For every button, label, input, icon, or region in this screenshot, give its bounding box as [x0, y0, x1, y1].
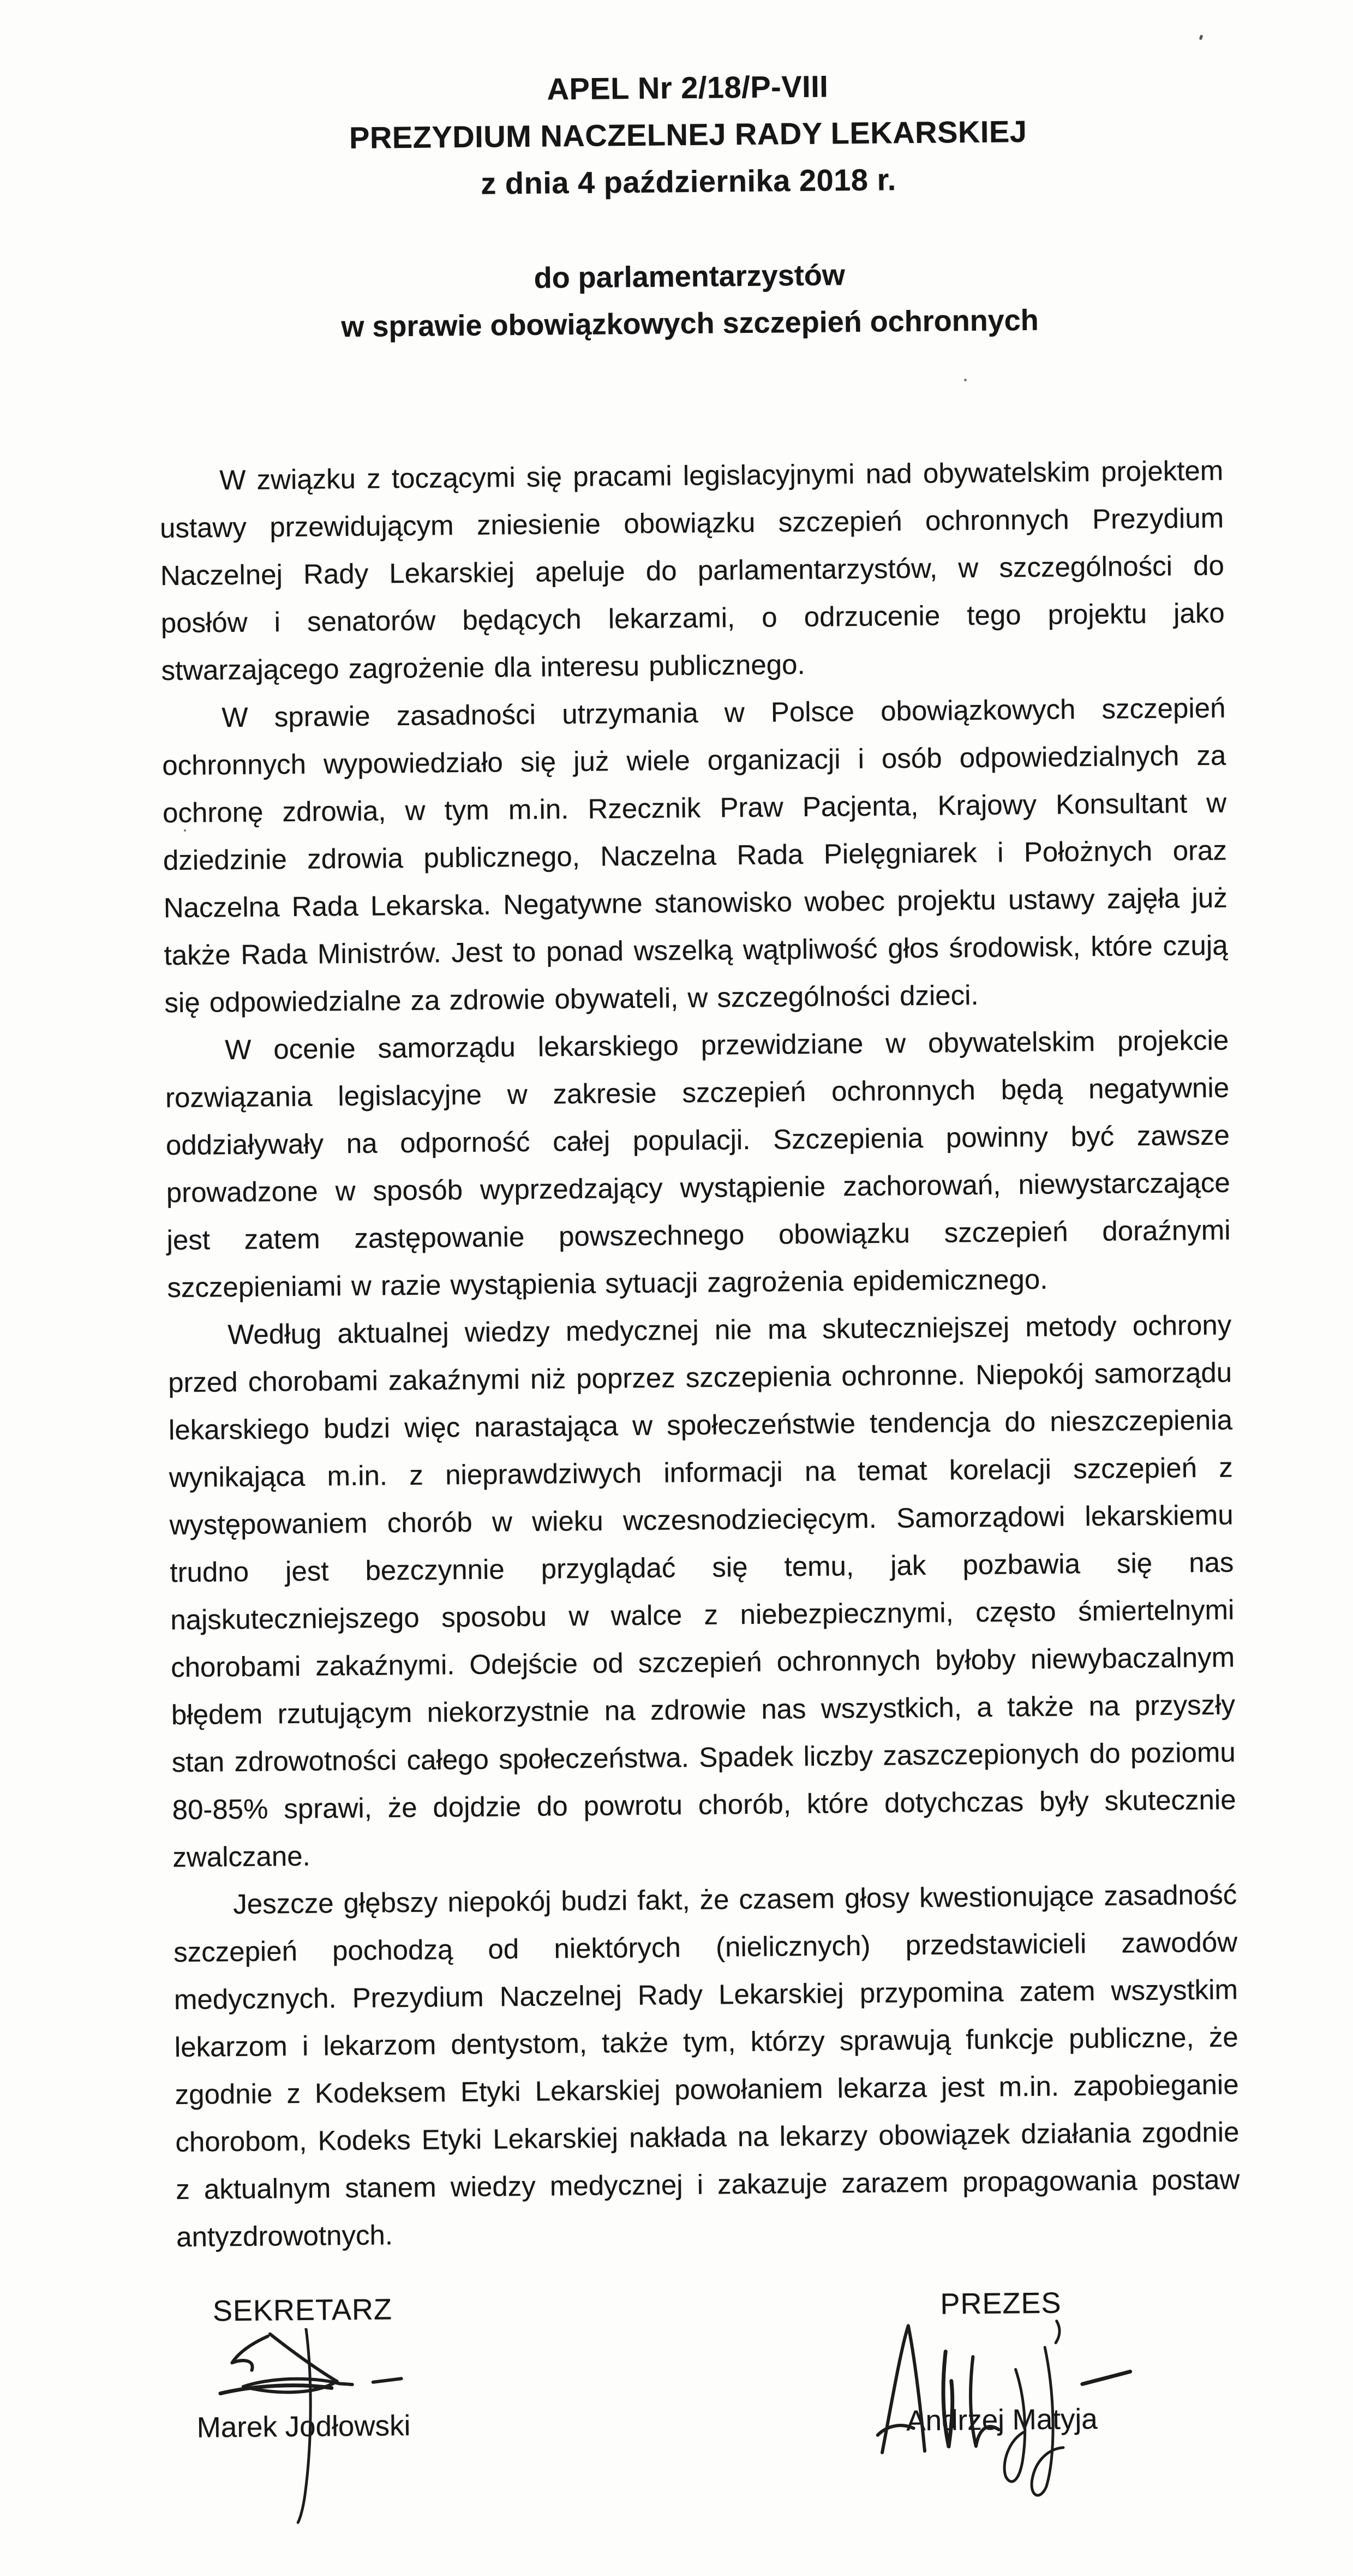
paragraph-5: Jeszcze głębszy niepokój budzi fakt, że … [173, 1870, 1241, 2261]
president-signature-block: PREZES Andrzej Matyja [870, 2285, 1133, 2438]
paragraph-4: Według aktualnej wiedzy medycznej nie ma… [167, 1301, 1237, 1881]
scanned-document-page: APEL Nr 2/18/P-VIII PREZYDIUM NACZELNEJ … [0, 0, 1353, 2576]
secretary-role-label: SEKRETARZ [182, 2292, 423, 2328]
subject-line: w sprawie obowiązkowych szczepień ochron… [158, 295, 1222, 352]
paragraph-2: W sprawie zasadności utrzymania w Polsce… [161, 684, 1229, 1027]
document-header: APEL Nr 2/18/P-VIII PREZYDIUM NACZELNEJ … [155, 59, 1220, 211]
document-date: z dnia 4 października 2018 r. [157, 153, 1221, 211]
document-content: APEL Nr 2/18/P-VIII PREZYDIUM NACZELNEJ … [155, 59, 1243, 2535]
secretary-name: Marek Jodłowski [183, 2409, 424, 2444]
president-role-label: PREZES [870, 2285, 1132, 2322]
secretary-signature-block: SEKRETARZ Marek Jodłowski [182, 2292, 424, 2444]
president-name: Andrzej Matyja [871, 2402, 1133, 2438]
document-body: W związku z toczącymi się pracami legisl… [159, 447, 1241, 2261]
paragraph-1: W związku z toczącymi się pracami legisl… [159, 447, 1225, 695]
scan-speck [1199, 34, 1204, 40]
paragraph-3: W ocenie samorządu lekarskiego przewidzi… [165, 1017, 1231, 1312]
signature-row: SEKRETARZ Marek Jodłowski PREZES Andrzej… [177, 2284, 1243, 2535]
document-subject: do parlamentarzystów w sprawie obowiązko… [157, 248, 1222, 352]
